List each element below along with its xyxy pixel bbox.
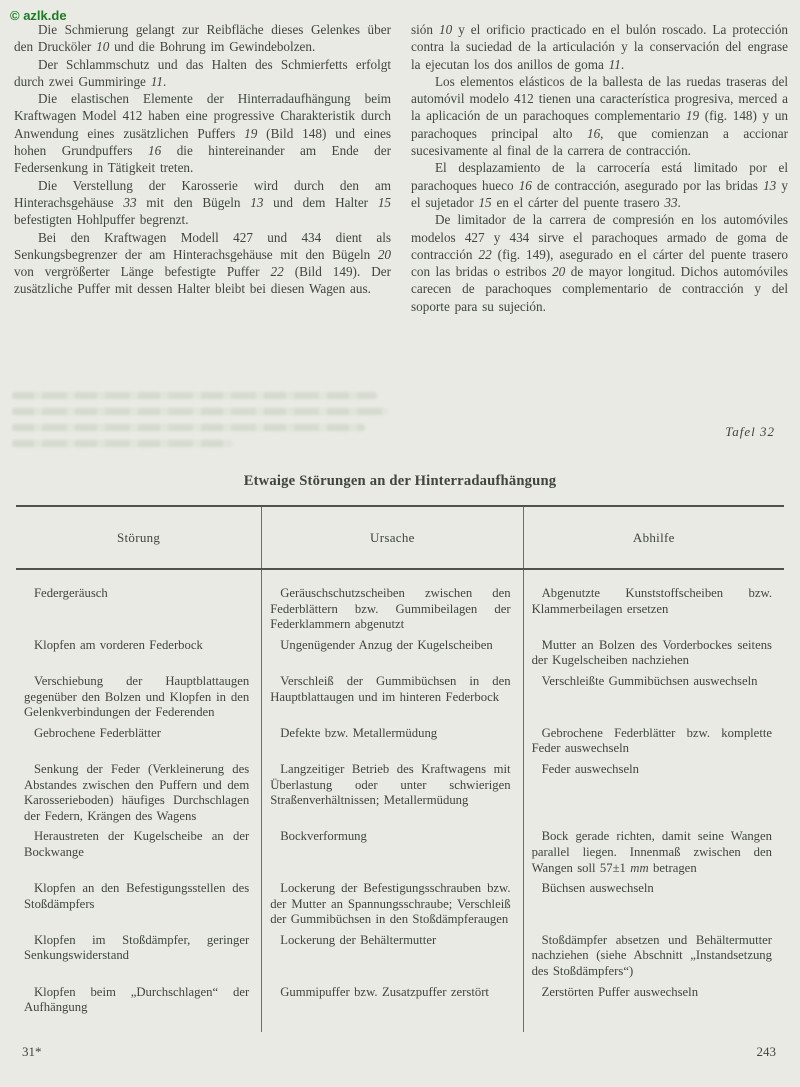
- paragraph: De limitador de la carrera de compresión…: [411, 211, 788, 315]
- ghost-line: [12, 392, 377, 399]
- text-columns: Die Schmierung gelangt zur Reibfläche di…: [14, 21, 788, 315]
- table-cell: Gebrochene Federblätter: [16, 721, 262, 757]
- fault-table-body: FedergeräuschGeräuschschutzscheiben zwis…: [16, 569, 784, 1032]
- paragraph: Los elementos elásticos de la ballesta d…: [411, 73, 788, 159]
- table-cell: Klopfen im Stoßdämpfer, geringer Senkung…: [16, 928, 262, 980]
- table-cell: Verschleißte Gummibüchsen auswechseln: [523, 669, 784, 721]
- header-row: StörungUrsacheAbhilfe: [16, 506, 784, 569]
- table-title: Etwaige Störungen an der Hinterradaufhän…: [0, 473, 800, 490]
- table-cell: Bock gerade richten, damit seine Wangen …: [523, 824, 784, 876]
- table-cell: Federgeräusch: [16, 569, 262, 633]
- table-cell: Mutter an Bolzen des Vorderbockes seiten…: [523, 633, 784, 669]
- table-cell: Defekte bzw. Metallermüdung: [262, 721, 523, 757]
- german-column: Die Schmierung gelangt zur Reibfläche di…: [14, 21, 391, 315]
- table-cell: Verschiebung der Hauptblattaugen gegenüb…: [16, 669, 262, 721]
- table-cell: Lockerung der Behältermutter: [262, 928, 523, 980]
- paragraph: Der Schlammschutz und das Halten des Sch…: [14, 56, 391, 91]
- table-row: Klopfen im Stoßdämpfer, geringer Senkung…: [16, 928, 784, 980]
- table-cell: Verschleiß der Gummibüchsen in den Haupt…: [262, 669, 523, 721]
- table-cell: Abgenutzte Kunststoffscheiben bzw. Klamm…: [523, 569, 784, 633]
- table-cell: Feder auswechseln: [523, 757, 784, 824]
- column-header: Abhilfe: [523, 506, 784, 569]
- column-header: Störung: [16, 506, 262, 569]
- table-cell: Zerstörten Puffer auswechseln: [523, 980, 784, 1032]
- table-cell: Lockerung der Befestigungsschrauben bzw.…: [262, 876, 523, 928]
- paragraph: Die elastischen Elemente der Hinterradau…: [14, 90, 391, 176]
- table-row: Senkung der Feder (Verkleinerung des Abs…: [16, 757, 784, 824]
- table-row: Klopfen beim „Durchschlagen“ der Aufhäng…: [16, 980, 784, 1032]
- ghost-line: [12, 408, 388, 415]
- tafel-label: Tafel 32: [725, 424, 775, 440]
- table-row: Gebrochene FederblätterDefekte bzw. Meta…: [16, 721, 784, 757]
- table-cell: Ungenügender Anzug der Kugelscheiben: [262, 633, 523, 669]
- table-cell: Gebrochene Federblätter bzw. komplette F…: [523, 721, 784, 757]
- bleed-through-ghost: [12, 392, 392, 458]
- page-number: 243: [757, 1044, 777, 1060]
- table-row: FedergeräuschGeräuschschutzscheiben zwis…: [16, 569, 784, 633]
- table-row: Heraustreten der Kugelscheibe an der Boc…: [16, 824, 784, 876]
- table-cell: Senkung der Feder (Verkleinerung des Abs…: [16, 757, 262, 824]
- table-cell: Langzeitiger Betrieb des Kraftwagens mit…: [262, 757, 523, 824]
- table-cell: Büchsen auswechseln: [523, 876, 784, 928]
- signature-mark: 31*: [22, 1044, 42, 1060]
- spanish-column: sión 10 y el orificio practicado en el b…: [411, 21, 788, 315]
- ghost-line: [12, 440, 232, 447]
- table-cell: Geräuschschutzscheiben zwischen den Fede…: [262, 569, 523, 633]
- table-row: Klopfen am vorderen FederbockUngenügende…: [16, 633, 784, 669]
- table-row: Verschiebung der Hauptblattaugen gegenüb…: [16, 669, 784, 721]
- table-cell: Gummipuffer bzw. Zusatzpuffer zerstört: [262, 980, 523, 1032]
- table-cell: Heraustreten der Kugelscheibe an der Boc…: [16, 824, 262, 876]
- paragraph: Bei den Kraftwagen Modell 427 und 434 di…: [14, 229, 391, 298]
- table-cell: Klopfen an den Befestigungsstellen des S…: [16, 876, 262, 928]
- ghost-line: [12, 424, 365, 431]
- table-cell: Klopfen beim „Durchschlagen“ der Aufhäng…: [16, 980, 262, 1032]
- paragraph: Die Schmierung gelangt zur Reibfläche di…: [14, 21, 391, 56]
- fault-table: StörungUrsacheAbhilfe FedergeräuschGeräu…: [16, 505, 784, 1032]
- column-header: Ursache: [262, 506, 523, 569]
- table-cell: Bockverformung: [262, 824, 523, 876]
- table-cell: Stoßdämpfer absetzen und Behältermutter …: [523, 928, 784, 980]
- paragraph: El desplazamiento de la carrocería está …: [411, 159, 788, 211]
- paragraph: Die Verstellung der Karosserie wird durc…: [14, 177, 391, 229]
- table-row: Klopfen an den Befestigungsstellen des S…: [16, 876, 784, 928]
- table-cell: Klopfen am vorderen Federbock: [16, 633, 262, 669]
- fault-table-header: StörungUrsacheAbhilfe: [16, 506, 784, 569]
- book-page: © azlk.de Die Schmierung gelangt zur Rei…: [0, 0, 800, 1087]
- paragraph: sión 10 y el orificio practicado en el b…: [411, 21, 788, 73]
